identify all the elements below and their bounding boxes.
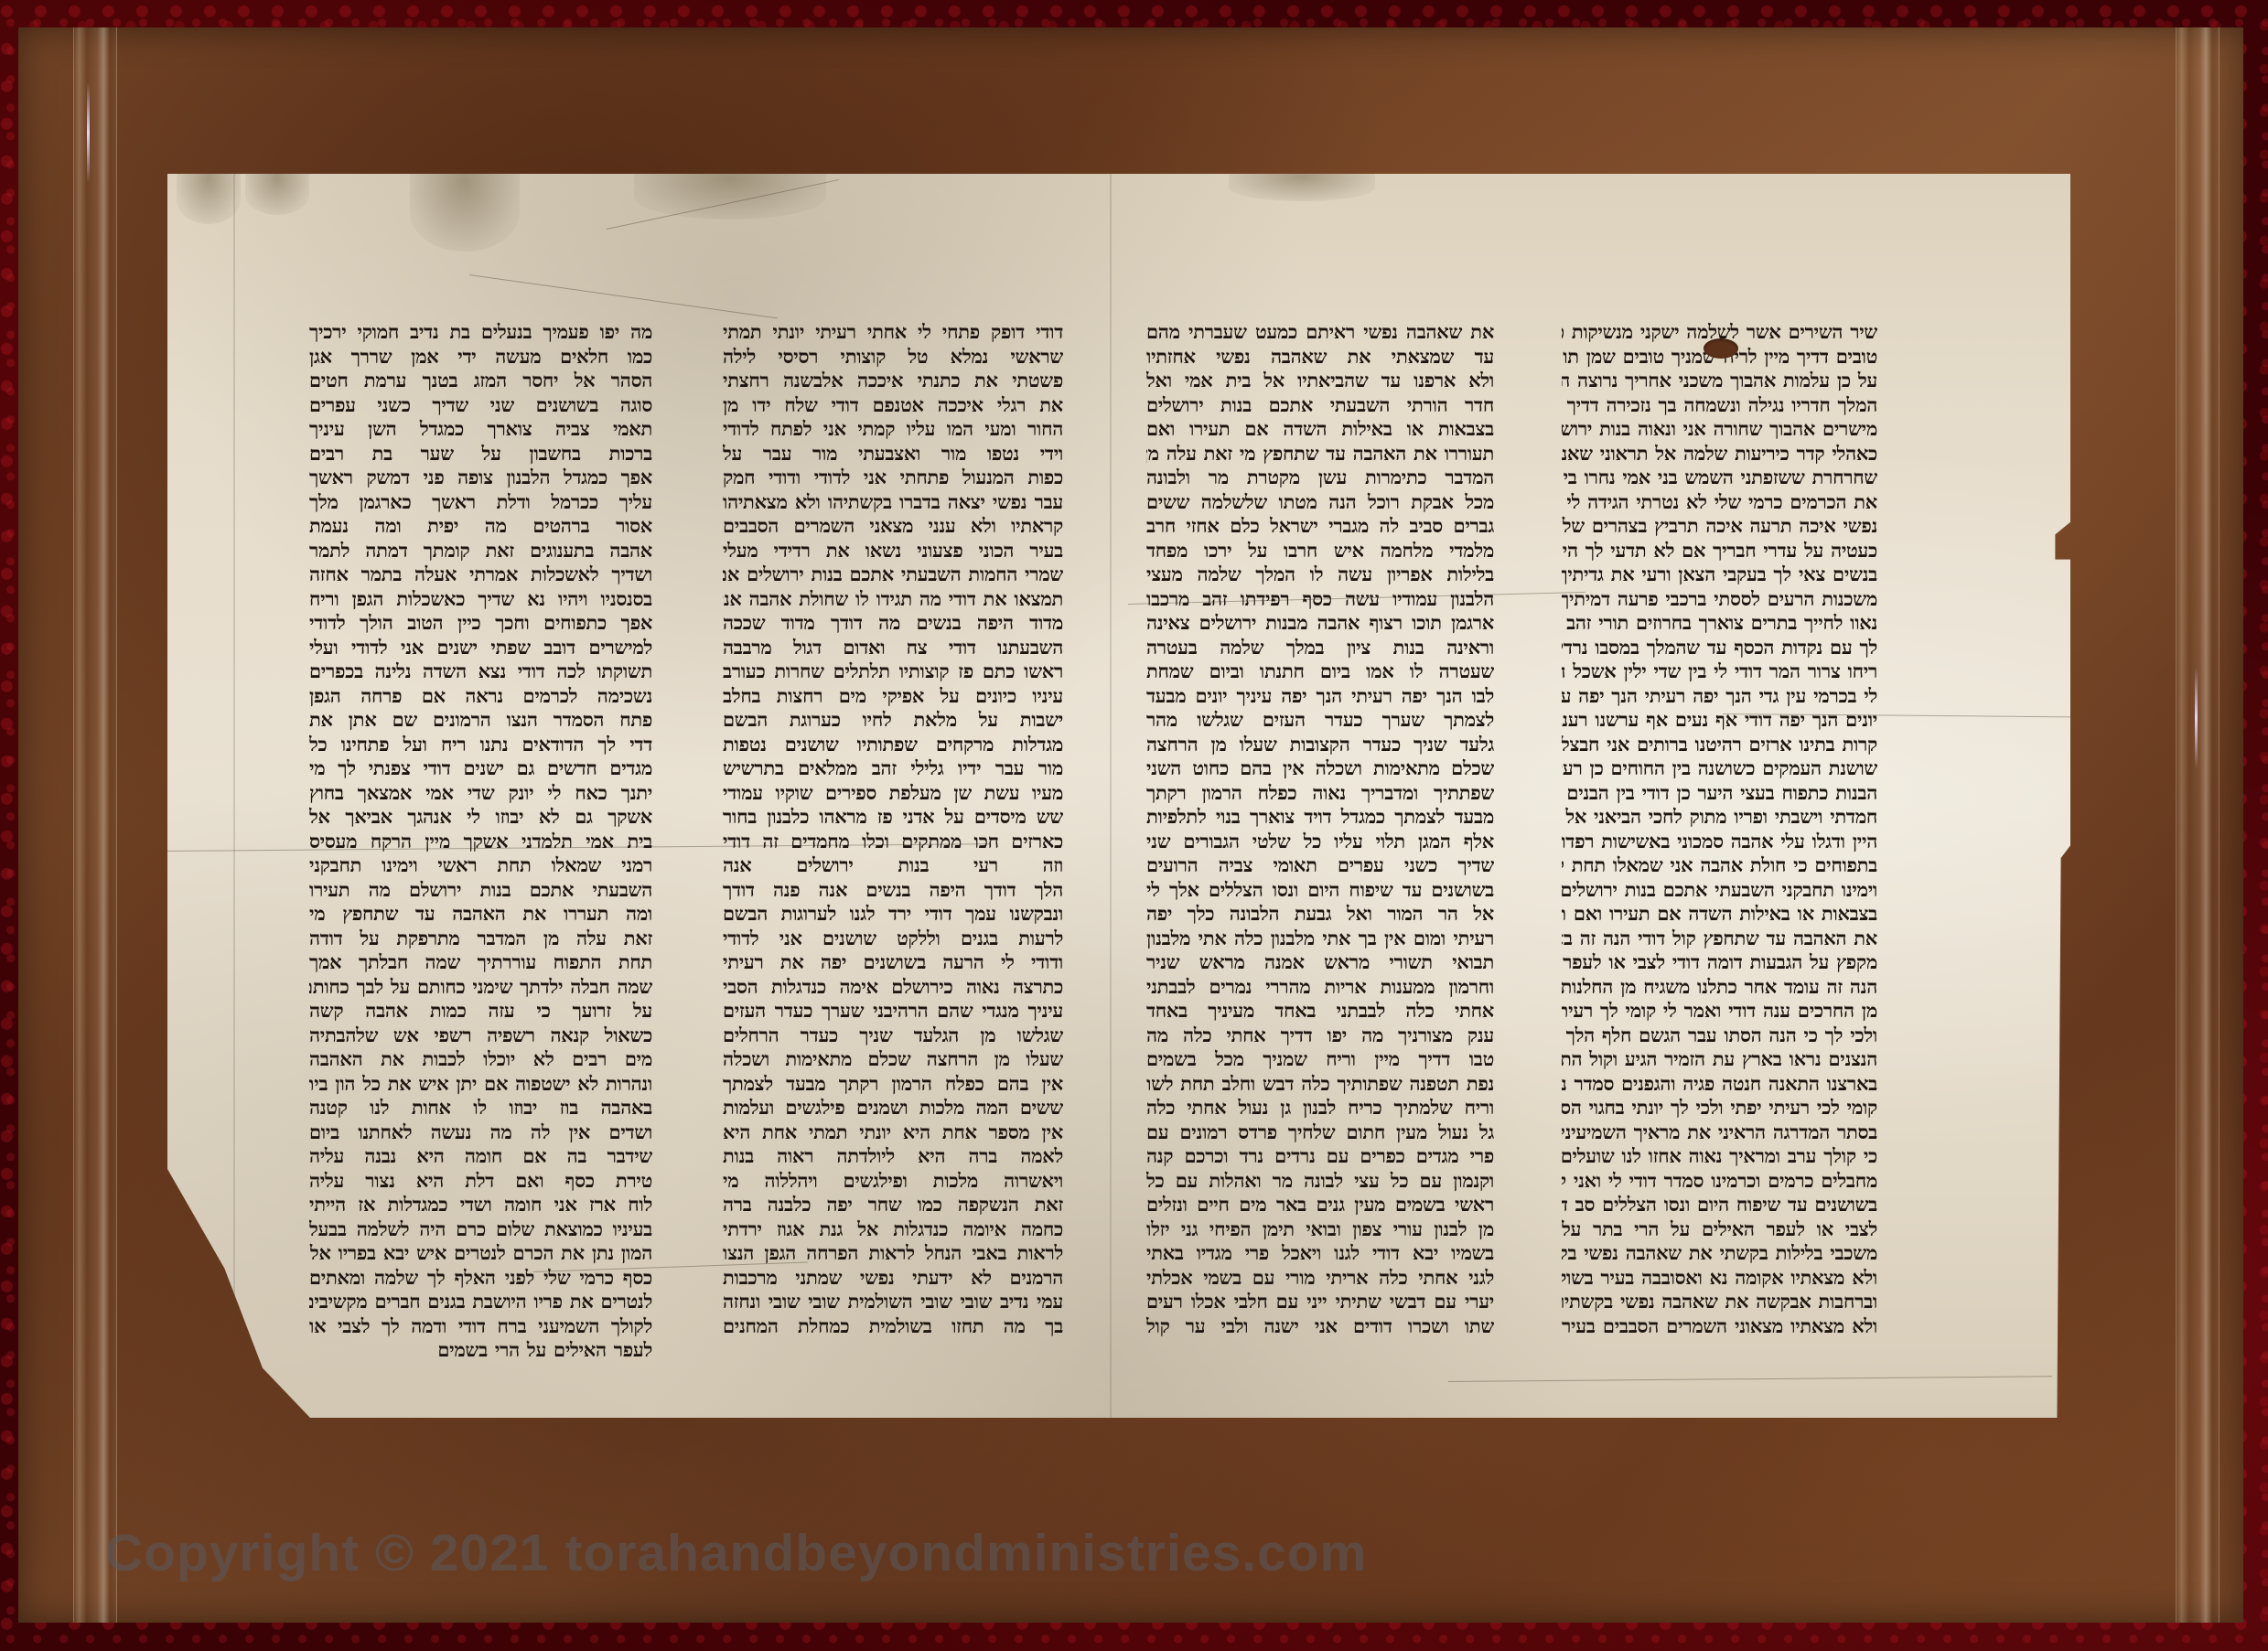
text-line: אשקך גם לא יבוזו לי אנהגך אביאך אל	[309, 805, 652, 830]
text-line: הבנות כתפוח בעצי היער כן דודי בין הבנים …	[1562, 781, 1877, 806]
text-line: כמו חלאים מעשה ידי אמן שררך אגן	[309, 345, 652, 370]
text-line: קראתיו ולא ענני מצאני השמרים הסבבים	[723, 514, 1063, 539]
text-line: שעלו מן הרחצה שכלם מתאימות ושכלה	[723, 1047, 1063, 1072]
rod-glint	[87, 82, 90, 183]
text-line: עיניו כיונים על אפיקי מים רחצות בחלב	[723, 684, 1063, 709]
text-line: הסהר אל יחסר המזג בטנך ערמת חטים	[309, 369, 652, 393]
text-line: וראינה בנות ציון במלך שלמה בעטרה	[1146, 636, 1494, 660]
text-line: יונים הנך יפה דודי אף נעים אף ערשנו רעננ…	[1562, 708, 1877, 733]
text-line: תשוקתו לכה דודי נצא השדה נלינה בכפרים	[309, 659, 652, 684]
text-line: דדי לך הדודאים נתנו ריח ועל פתחינו כל	[309, 733, 652, 757]
text-line: הלבנון עמודיו עשה כסף רפידתו זהב מרכבו	[1146, 587, 1494, 612]
text-column-1: מה יפו פעמיך בנעלים בת נדיב חמוקי ירכיך …	[309, 320, 652, 1363]
text-line: בעיר הכוני פצעוני נשאו את רדידי מעלי	[723, 539, 1063, 563]
text-line: בתפוחים כי חולת אהבה אני שמאלו תחת לראשי	[1562, 853, 1877, 878]
text-line: וידי נטפו מור ואצבעתי מור עבר על	[723, 442, 1063, 466]
text-line: אין מספר אחת היא יונתי תמתי אחת היא	[723, 1120, 1063, 1145]
text-line: גלעד שניך כעדר הקצובות שעלו מן הרחצה	[1146, 733, 1494, 757]
text-line: מה יפו פעמיך בנעלים בת נדיב חמוקי ירכיך	[309, 320, 652, 345]
text-line: תאמי צביה צוארך כמגדל השן עיניך	[309, 417, 652, 442]
text-line: בשמיו יבא דודי לגנו ויאכל פרי מגדיו באתי	[1146, 1241, 1494, 1266]
text-line: חמדתי וישבתי ופריו מתוק לחכי הביאני אל ב…	[1562, 805, 1877, 830]
text-line: ריחו צרור המר דודי לי בין שדי ילין אשכל …	[1562, 659, 1877, 684]
copyright-watermark: Copyright © 2021 torahandbeyondministrie…	[105, 1523, 1367, 1583]
text-line: טבו דדיך מיין וריח שמניך מכל בשמים	[1146, 1047, 1494, 1072]
text-line: כעטיה על עדרי חבריך אם לא תדעי לך היפה	[1562, 539, 1877, 563]
text-line: לאמה ברה היא ליולדתה ראוה בנות	[723, 1144, 1063, 1169]
text-line: בית אמי תלמדני אשקך מיין הרקח מעסיס	[309, 830, 652, 854]
text-line: משכנות הרעים לססתי ברכבי פרעה דמיתיך רעי…	[1562, 587, 1877, 612]
text-line: מור עבר ידיו גלילי זהב ממלאים בתרשיש	[723, 756, 1063, 781]
text-line: שראשי נמלא טל קוצותי רסיסי לילה	[723, 345, 1063, 370]
text-line: ששים המה מלכות ושמנים פילגשים ועלמות	[723, 1096, 1063, 1120]
text-line: שגלשו מן הגלעד שניך כעדר הרחלים	[723, 1024, 1063, 1048]
text-line: וקנמון עם כל עצי לבונה מר ואהלות עם כל	[1146, 1169, 1494, 1194]
text-line: השבעתנו דודי צח ואדום דגול מרבבה	[723, 636, 1063, 660]
text-line: סוגה בשושנים שני שדיך כשני עפרים	[309, 393, 652, 418]
text-line: ראשו כתם פז קוצותיו תלתלים שחרות כעורב	[723, 659, 1063, 684]
rod-glint	[2195, 668, 2198, 768]
text-line: שעטרה לו אמו ביום חתנתו וביום שמחת	[1146, 659, 1494, 684]
text-line: הרמנים לא ידעתי נפשי שמתני מרכבות	[723, 1266, 1063, 1291]
text-line: באהבה בוז יבוזו לו אחות לנו קטנה	[309, 1096, 652, 1120]
text-line: מחבלים כרמים וכרמינו סמדר דודי לי ואני ל…	[1562, 1169, 1877, 1194]
text-line: פרי מגדים כפרים עם נרדים נרד וכרכם קנה	[1146, 1144, 1494, 1169]
crack	[469, 274, 778, 318]
text-line: בשושנים עד שיפוח היום ונסו הצללים אלך לי	[1146, 878, 1494, 903]
text-line: מן החרכים ענה דודי ואמר לי קומי לך רעיתי…	[1562, 999, 1877, 1024]
water-stain	[177, 174, 241, 224]
text-line: עליך ככרמל ודלת ראשך כארגמן מלך	[309, 490, 652, 515]
text-line: מגדים חדשים גם ישנים דודי צפנתי לך מי	[309, 756, 652, 781]
text-line: אחתי כלה לבבתני באחד מעיניך באחד	[1146, 999, 1494, 1024]
text-line: עיניך מנגדי שהם הרהיבני שערך כעדר העזים	[723, 999, 1063, 1024]
text-line: הלך דודך היפה בנשים אנה פנה דודך	[723, 878, 1063, 903]
text-line: נפת תטפנה שפתותיך כלה דבש וחלב תחת לשונך	[1146, 1072, 1494, 1097]
text-line: תעוררו את האהבה עד שתחפץ מי זאת עלה מן	[1146, 442, 1494, 466]
text-line: כאהלי קדר כיריעות שלמה אל תראוני שאני	[1562, 442, 1877, 466]
text-line: כי קולך ערב ומראיך נאוה אחזו לנו שועלים …	[1562, 1144, 1877, 1169]
text-line: בצבאות או באילות השדה אם תעירו ואם תעורר…	[1562, 902, 1877, 927]
text-line: השבעתי אתכם בנות ירושלם מה תעירו	[309, 878, 652, 903]
text-line: מקפץ על הגבעות דומה דודי לצבי או לעפר הא…	[1562, 950, 1877, 975]
text-line: מלמדי מלחמה איש חרבו על ירכו מפחד	[1146, 539, 1494, 563]
text-line: לצמתך שערך כעדר העזים שגלשו מהר	[1146, 708, 1494, 733]
text-line: עבר נפשי יצאה בדברו בקשתיהו ולא מצאתיהו	[723, 490, 1063, 515]
text-line: רעיתי ומום אין בך אתי מלבנון כלה אתי מלב…	[1146, 927, 1494, 951]
text-line: ודודי לי הרעה בשושנים יפה את רעיתי	[723, 950, 1063, 975]
text-line: יתנך כאח לי יונק שדי אמי אמצאך בחוץ	[309, 781, 652, 806]
text-line: הנה זה עומד אחר כתלנו משגיח מן החלנות מצ…	[1562, 975, 1877, 1000]
water-stain	[410, 174, 520, 252]
text-line: ולא מצאתיו מצאוני השמרים הסבבים בעיר	[1562, 1314, 1877, 1339]
text-line: אל הר המור ואל גבעת הלבונה כלך יפה	[1146, 902, 1494, 927]
text-line: בך מה תחזו בשולמית כמחלת המחנים	[723, 1314, 1063, 1339]
text-line: שושנת העמקים כשושנה בין החוחים כן רעיתי …	[1562, 756, 1877, 781]
text-line: שדיך כשני עפרים תאומי צביה הרועים	[1146, 853, 1494, 878]
text-line: שחרחרת ששזפתני השמש בני אמי נחרו בי שמני…	[1562, 466, 1877, 490]
text-line: ולא ארפנו עד שהביאתיו אל בית אמי ואל	[1146, 369, 1494, 393]
text-line: גברים סביב לה מגברי ישראל כלם אחזי חרב	[1146, 514, 1494, 539]
text-line: ישבות על מלאת לחיו כערוגת הבשם	[723, 708, 1063, 733]
text-line: למישרים דובב שפתי ישנים אני לדודי ועלי	[309, 636, 652, 660]
text-line: גל נעול מעין חתום שלחיך פרדס רמונים עם	[1146, 1120, 1494, 1145]
text-line: כתרצה נאוה כירושלם אימה כנדגלות הסבי	[723, 975, 1063, 1000]
text-line: שידבר בה אם חומה היא נבנה עליה	[309, 1144, 652, 1169]
text-line: זאת הנשקפה כמו שחר יפה כלבנה ברה	[723, 1193, 1063, 1217]
text-line: את רגלי איככה אטנפם דודי שלח ידו מן	[723, 393, 1063, 418]
text-line: אלף המגן תלוי עליו כל שלטי הגבורים שני	[1146, 830, 1494, 854]
text-line: מן לבנון עורי צפון ובואי תימן הפיחי גני …	[1146, 1217, 1494, 1242]
text-line: אפך כתפוחים וחכך כיין הטוב הולך לדודי	[309, 611, 652, 636]
text-line: פתח הסמדר הנצו הרמונים שם אתן את	[309, 708, 652, 733]
text-line: מכל אבקת רוכל הנה מטתו שלשלמה ששים	[1146, 490, 1494, 515]
parchment-fragment: מה יפו פעמיך בנעלים בת נדיב חמוקי ירכיך …	[167, 174, 2070, 1418]
text-line: בסנסניו ויהיו נא שדיך כאשכלות הגפן וריח	[309, 587, 652, 612]
text-line: כשאול קנאה רשפיה רשפי אש שלהבתיה	[309, 1024, 652, 1048]
text-line: בארצנו התאנה חנטה פגיה והגפנים סמדר נתנו…	[1562, 1072, 1877, 1097]
text-line: בשושנים עד שיפוח היום ונסו הצללים סב דמה…	[1562, 1193, 1877, 1217]
text-line: לנטרים את פריו היושבת בגנים חברים מקשיבי…	[309, 1290, 652, 1314]
text-line: רמני שמאלו תחת ראשי וימינו תחבקני	[309, 853, 652, 878]
text-line: תחת התפוח עוררתיך שמה חבלתך אמך	[309, 950, 652, 975]
text-line: בצבאות או באילות השדה אם תעירו ואם	[1146, 417, 1494, 442]
text-line: ברכות בחשבון על שער בת רבים	[309, 442, 652, 466]
text-line: וזה רעי בנות ירושלים אנה	[723, 853, 1063, 878]
text-line: המלך חדריו נגילה ונשמחה בך נזכירה דדיך מ…	[1562, 393, 1877, 418]
text-line: דודי דופק פתחי לי אחתי רעיתי יונתי תמתי	[723, 320, 1063, 345]
text-line: פשטתי את כתנתי איככה אלבשנה רחצתי	[723, 369, 1063, 393]
text-line: את שאהבה נפשי ראיתם כמעט שעברתי מהם	[1146, 320, 1494, 345]
text-line: אסור ברהטים מה יפית ומה נעמת	[309, 514, 652, 539]
water-stain	[1229, 174, 1375, 201]
text-line: הנצנים נראו בארץ עת הזמיר הגיע וקול התור…	[1562, 1047, 1877, 1072]
text-line: ומה תעררו את האהבה עד שתחפץ מי	[309, 902, 652, 927]
text-line: לגני אחתי כלה אריתי מורי עם בשמי אכלתי	[1146, 1266, 1494, 1291]
text-line: קרות בתינו ארזים רהיטנו ברותים אני חבצלת…	[1562, 733, 1877, 757]
text-line: לקולך השמיעני ברח דודי ודמה לך לצבי או	[309, 1314, 652, 1339]
text-line: לוח ארז אני חומה ושדי כמגדלות אז הייתי	[309, 1193, 652, 1217]
text-line: שמה חבלה ילדתך שימני כחותם על לבך כחותם	[309, 975, 652, 1000]
text-column-2: דודי דופק פתחי לי אחתי רעיתי יונתי תמתי …	[723, 320, 1063, 1338]
text-line: שש מיסדים על אדני פז מראהו כלבנון בחור	[723, 805, 1063, 830]
text-line: נשכימה לכרמים נראה אם פרחה הגפן	[309, 684, 652, 709]
crack	[1448, 1376, 2052, 1382]
text-line: תבואי תשורי מראש אמנה מראש שניר	[1146, 950, 1494, 975]
text-line: קומי לכי רעיתי יפתי ולכי לך יונתי בחגוי …	[1562, 1096, 1877, 1120]
text-line-last: לעפר האילים על הרי בשמים	[309, 1338, 652, 1363]
text-line: ראשי בשמים מעין גנים באר מים חיים ונזלים	[1146, 1193, 1494, 1217]
text-line: ונבקשנו עמך דודי ירד לגנו לערוגות הבשם	[723, 902, 1063, 927]
text-line: וריח שלמתיך כריח לבנון גן נעול אחתי כלה	[1146, 1096, 1494, 1120]
text-line: וחרמון ממענות אריות מהררי נמרים לבבתני	[1146, 975, 1494, 1000]
text-line: בסתר המדרגה הראיני את מראיך השמיעיני את …	[1562, 1120, 1877, 1145]
text-line: ויאשרוה מלכות ופילגשים ויהללוה מי	[723, 1169, 1063, 1194]
text-line: לרעות בגנים וללקט שושנים אני לדודי	[723, 927, 1063, 951]
text-line: ונהרות לא ישטפוה אם יתן איש את כל הון בי…	[309, 1072, 652, 1097]
left-acrylic-rod	[73, 27, 117, 1623]
text-line: לצבי או לעפר האילים על הרי בתר על	[1562, 1217, 1877, 1242]
text-line: לבו הנך יפה רעיתי הנך יפה עיניך יונים מב…	[1146, 684, 1494, 709]
fold-line	[1110, 174, 1112, 1418]
text-line: כחמה איומה כנדגלות אל גנת אגוז ירדתי	[723, 1217, 1063, 1242]
text-line: את הכרמים כרמי שלי לא נטרתי הגידה לי שאה…	[1562, 490, 1877, 515]
water-stain	[245, 174, 309, 215]
text-line: לי בכרמי עין גדי הנך יפה רעיתי הנך יפה ע…	[1562, 684, 1877, 709]
text-column-3: את שאהבה נפשי ראיתם כמעט שעברתי מהם עד ש…	[1146, 320, 1494, 1338]
text-line: על כן עלמות אהבוך משכני אחריך נרוצה הביא…	[1562, 369, 1877, 393]
text-line: משכבי בלילות בקשתי את שאהבה נפשי בקשתיו	[1562, 1241, 1877, 1266]
text-line: החור ומעי המו עליו קמתי אני לפתח לדודי	[723, 417, 1063, 442]
text-line: לראות באבי הנחל לראות הפרחה הגפן הנצו	[723, 1241, 1063, 1266]
text-line: כפות המנעול פתחתי אני לדודי ודודי חמק	[723, 466, 1063, 490]
text-line: מעיו עשת שן מעלפת ספירים שוקיו עמודי	[723, 781, 1063, 806]
text-line: על זרועך כי עזה כמות אהבה קשה	[309, 999, 652, 1024]
text-line: טירת כסף ואם דלת היא נצור עליה	[309, 1169, 652, 1194]
text-line: בנשים צאי לך בעקבי הצאן ורעי את גדיתיך ע…	[1562, 563, 1877, 587]
text-line: שכלם מתאימות ושכלה אין בהם כחוט השני	[1146, 756, 1494, 781]
text-line: חדר הורתי השבעתי אתכם בנות ירושלים	[1146, 393, 1494, 418]
text-line: ענק מצורניך מה יפו דדיך אחתי כלה מה	[1146, 1024, 1494, 1048]
text-line: תמצאו את דודי מה תגידו לו שחולת אהבה אני…	[723, 587, 1063, 612]
text-line: ושדיך לאשכלות אמרתי אעלה בתמר אחזה	[309, 563, 652, 587]
text-line: המון נתן את הכרם לנטרים איש יבא בפריו אל…	[309, 1241, 652, 1266]
fold-line	[233, 174, 235, 1418]
parchment-hole	[1704, 338, 1738, 359]
text-line: שמרי החמות השבעתי אתכם בנות ירושלים אם	[723, 563, 1063, 587]
text-line: עד שמצאתי את שאהבה נפשי אחזתיו	[1146, 345, 1494, 370]
text-line: ושדים אין לה מה נעשה לאחתנו ביום	[309, 1120, 652, 1145]
text-line: ארגמן תוכו רצוף אהבה מבנות ירושלים צאינה	[1146, 611, 1494, 636]
text-line: וימינו תחבקני השבעתי אתכם בנות ירושלים	[1562, 878, 1877, 903]
text-line: נאוו לחייך בתרים צוארך בחרוזים תורי זהב …	[1562, 611, 1877, 636]
text-line: לך עם נקדות הכסף עד שהמלך במסבו נרדי נתן	[1562, 636, 1877, 660]
text-line: בלילות אפריון עשה לו המלך שלמה מעצי	[1146, 563, 1494, 587]
text-line: אין בהם כפלח הרמון רקתך מבעד לצמתך	[723, 1072, 1063, 1097]
water-stain	[634, 174, 826, 220]
text-line: מדוד היפה בנשים מה דודך מדוד שככה	[723, 611, 1063, 636]
text-line: וברחבות אבקשה את שאהבה נפשי בקשתיו	[1562, 1290, 1877, 1314]
text-line: נפשי איכה תרעה איכה תרביץ בצהרים שלמה אה…	[1562, 514, 1877, 539]
text-line: מבעד לצמתך כמגדל דויד צוארך בנוי לתלפיות	[1146, 805, 1494, 830]
text-column-4: שיר השירים אשר לשלמה ישקני מנשיקות פיהו …	[1562, 320, 1877, 1338]
text-line: כסף כרמי שלי לפני האלף לך שלמה ומאתים	[309, 1266, 652, 1291]
text-line: ולא מצאתיו אקומה נא ואסובבה בעיר בשוקים	[1562, 1266, 1877, 1291]
text-line: מגדלות מרקחים שפתותיו שושנים נטפות	[723, 733, 1063, 757]
text-line: אהבה בתענוגים זאת קומתך דמתה לתמר	[309, 539, 652, 563]
text-line: מישרים אהבוך שחורה אני ונאוה בנות ירושלי…	[1562, 417, 1877, 442]
text-line: המדבר כתימרות עשן מקטרת מר ולבונה	[1146, 466, 1494, 490]
text-line: עמי נדיב שובי שובי השולמית שובי שובי ונח…	[723, 1290, 1063, 1314]
text-line: את האהבה עד שתחפץ קול דודי הנה זה בא מדל…	[1562, 927, 1877, 951]
text-line: אפך כמגדל הלבנון צופה פני דמשק ראשך	[309, 466, 652, 490]
right-acrylic-rod	[2176, 27, 2220, 1623]
text-line: ולכי לך כי הנה הסתו עבר הגשם חלף הלך לו	[1562, 1024, 1877, 1048]
text-line: שפתתיך ומדבריך נאוה כפלח הרמון רקתך	[1146, 781, 1494, 806]
text-line: מים רבים לא יוכלו לכבות את האהבה	[309, 1047, 652, 1072]
text-line: כארזים חכו ממתקים וכלו מחמדים זה דודי	[723, 830, 1063, 854]
text-line: יערי עם דבשי שתיתי ייני עם חלבי אכלו רעי…	[1146, 1290, 1494, 1314]
text-line: זאת עלה מן המדבר מתרפקת על דודה	[309, 927, 652, 951]
text-line: שתו ושכרו דודים אני ישנה ולבי ער קול	[1146, 1314, 1494, 1339]
text-line: בעיניו כמוצאת שלום כרם היה לשלמה בבעל	[309, 1217, 652, 1242]
text-line: היין ודגלו עלי אהבה סמכוני באשישות רפדונ…	[1562, 830, 1877, 854]
